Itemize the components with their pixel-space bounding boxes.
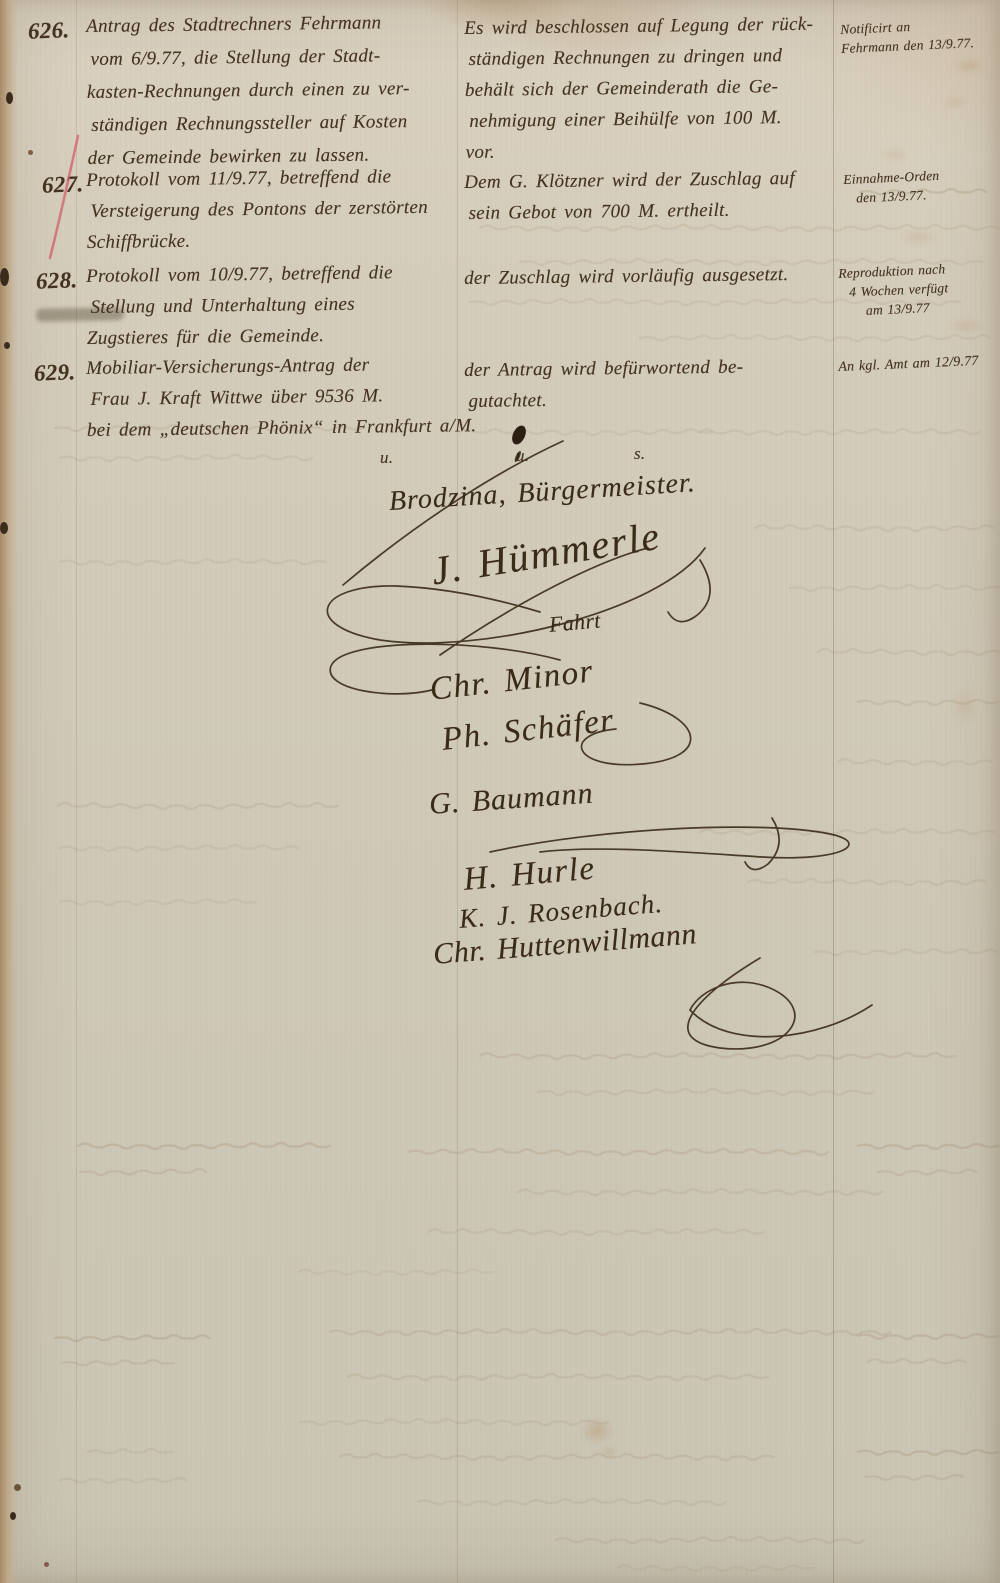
entry-number: 626.: [28, 17, 70, 44]
entry-margin-note: Einnahme-Ordenden 13/9.77.: [843, 168, 941, 210]
signature-minor: Chr. Minor: [428, 653, 596, 708]
edge-speck: [0, 268, 9, 286]
entry-decision: Es wird beschlossen auf Legung der rück-…: [464, 14, 815, 173]
entry-subject: Protokoll vom 10/9.77, betreffend dieSte…: [86, 262, 394, 359]
foxing-stain: [952, 58, 986, 74]
edge-speck: [6, 92, 13, 104]
entry-margin-note: Notificirt anFehrmann den 13/9.77.: [840, 16, 974, 60]
margin-rule-left: [76, 0, 77, 1583]
signature-2: J. Hümmerle: [428, 512, 664, 595]
entry-margin-note: An kgl. Amt am 12/9.77: [838, 354, 979, 379]
signature-schaefer: Ph. Schäfer: [440, 702, 617, 758]
entry-margin-note: Reproduktion nach 4 Wochen verfügt am 13…: [838, 261, 950, 323]
foxing-stain: [948, 318, 984, 333]
signature-hurle: H. Hurle: [462, 850, 597, 898]
signature-buergermeister: Brodzina, Bürgermeister.: [388, 467, 697, 518]
signature-baumann: G. Baumann: [428, 777, 595, 822]
manuscript-page: 626. Antrag des Stadtrechners Fehrmannvo…: [0, 0, 1000, 1583]
entry-number: 629.: [34, 359, 76, 386]
closing-mark-s: s.: [634, 444, 645, 464]
foxing-stain: [600, 1446, 618, 1458]
entry-decision: der Zuschlag wird vorläufig ausgesetzt.: [464, 264, 789, 299]
entry-number: 627.: [42, 171, 84, 198]
entry-subject: Mobiliar-Versicherungs-Antrag derFrau J.…: [86, 353, 477, 451]
edge-speck: [0, 522, 8, 534]
entry-number: 628.: [36, 267, 78, 294]
entry-subject: Protokoll vom 11/9.77, betreffend dieVer…: [86, 166, 429, 263]
foxing-stain: [898, 228, 940, 246]
foxing-stain: [880, 148, 910, 161]
sig2-tail: [668, 560, 710, 622]
foxing-stain: [580, 1418, 614, 1444]
entry-decision: der Antrag wird befürwortend be-gutachte…: [464, 357, 744, 422]
final-flourish-sweep: [690, 1005, 872, 1037]
final-flourish-loop: [688, 958, 795, 1049]
margin-dot: [28, 150, 33, 155]
signature-2-second-hand: Fahrt: [548, 608, 602, 638]
foxing-stain: [952, 686, 978, 726]
entry-subject: Antrag des Stadtrechners Fehrmannvom 6/9…: [86, 12, 411, 181]
ink-blot: [509, 423, 528, 446]
column-rule-right: [833, 0, 834, 1583]
edge-speck: [4, 342, 10, 349]
closing-mark-u2: u.: [516, 446, 529, 466]
page-left-edge: [0, 0, 18, 1583]
baumann-paraph: [490, 827, 849, 858]
edge-speck: [14, 1484, 21, 1491]
closing-mark-u1: u.: [380, 448, 393, 468]
foxing-stain: [942, 96, 968, 108]
charcoal-smudge: [36, 307, 124, 322]
entry-decision: Dem G. Klötzner wird der Zuschlag aufsei…: [464, 168, 796, 234]
edge-speck: [44, 1562, 49, 1567]
edge-speck: [10, 1512, 16, 1520]
baumann-paraph-cross: [745, 818, 779, 870]
